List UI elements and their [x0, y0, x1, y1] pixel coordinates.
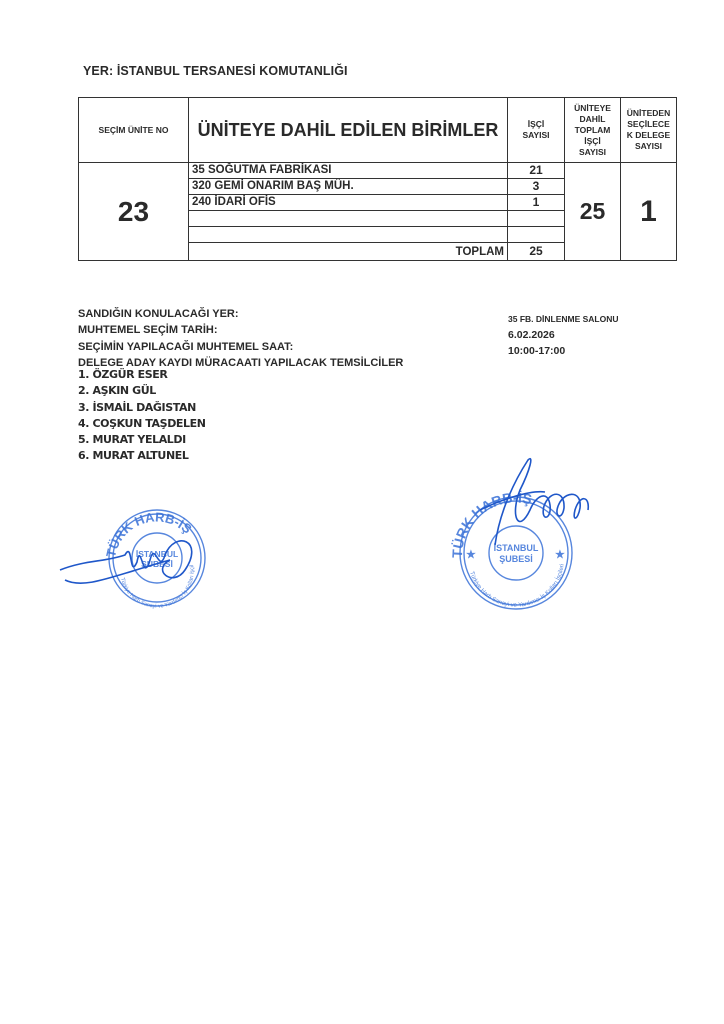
representative-item: 6. MURAT ALTUNEL: [78, 448, 206, 464]
unit-name: 35 SOĞUTMA FABRİKASI: [189, 163, 508, 179]
unit-count: 3: [508, 179, 565, 195]
representative-item: 1. ÖZGÜR ESER: [78, 367, 206, 383]
stamp-center-line2: ŞUBESİ: [499, 554, 533, 564]
header-delegates: ÜNİTEDEN SEÇİLECE K DELEGE SAYISI: [621, 98, 677, 163]
unit-count: 1: [508, 195, 565, 211]
union-stamp-right: TÜRK HARB-İŞ İSTANBUL ŞUBESİ ★ ★ Türkiye…: [440, 450, 600, 610]
ballot-place-label: SANDIĞIN KONULACAĞI YER:: [78, 306, 403, 322]
unit-name: [189, 211, 508, 227]
unit-count: [508, 211, 565, 227]
delegate-count: 1: [621, 163, 677, 261]
union-stamp-left: TÜRK HARB-İŞ İSTANBUL ŞUBESİ Türkiye Har…: [55, 500, 215, 610]
election-time-label: SEÇİMİN YAPILACAĞI MUHTEMEL SAAT:: [78, 339, 403, 355]
header-total-workers: ÜNİTEYE DAHİL TOPLAM İŞÇİ SAYISI: [565, 98, 621, 163]
representative-item: 3. İSMAİL DAĞISTAN: [78, 400, 206, 416]
representative-item: 4. COŞKUN TAŞDELEN: [78, 416, 206, 432]
stamp-center-line1: İSTANBUL: [494, 543, 539, 553]
table-row: 23 35 SOĞUTMA FABRİKASI 21 25 1: [79, 163, 677, 179]
representative-item: 5. MURAT YELALDI: [78, 432, 206, 448]
unit-name: 320 GEMİ ONARIM BAŞ MÜH.: [189, 179, 508, 195]
total-label: TOPLAM: [189, 243, 508, 261]
representative-item: 2. AŞKIN GÜL: [78, 383, 206, 399]
election-time: 10:00-17:00: [508, 343, 619, 359]
election-unit-table: SEÇİM ÜNİTE NO ÜNİTEYE DAHİL EDİLEN BİRİ…: [78, 97, 677, 261]
table-header-row: SEÇİM ÜNİTE NO ÜNİTEYE DAHİL EDİLEN BİRİ…: [79, 98, 677, 163]
header-unit-no: SEÇİM ÜNİTE NO: [79, 98, 189, 163]
total-workers: 25: [565, 163, 621, 261]
header-worker-count: İŞÇİ SAYISI: [508, 98, 565, 163]
election-date-label: MUHTEMEL SEÇİM TARİH:: [78, 322, 403, 338]
header-units: ÜNİTEYE DAHİL EDİLEN BİRİMLER: [189, 98, 508, 163]
election-date: 6.02.2026: [508, 327, 619, 343]
unit-count: 21: [508, 163, 565, 179]
star-icon: ★: [466, 549, 476, 561]
election-info-labels: SANDIĞIN KONULACAĞI YER: MUHTEMEL SEÇİM …: [78, 306, 403, 371]
unit-name: [189, 227, 508, 243]
total-count: 25: [508, 243, 565, 261]
election-info-values: 35 FB. DİNLENME SALONU 6.02.2026 10:00-1…: [508, 311, 619, 359]
unit-count: [508, 227, 565, 243]
unit-number: 23: [79, 163, 189, 261]
ballot-place: 35 FB. DİNLENME SALONU: [508, 311, 619, 327]
unit-name: 240 İDARİ OFİS: [189, 195, 508, 211]
representatives-list: 1. ÖZGÜR ESER 2. AŞKIN GÜL 3. İSMAİL DAĞ…: [78, 367, 206, 465]
star-icon: ★: [555, 549, 565, 561]
location-title: YER: İSTANBUL TERSANESİ KOMUTANLIĞI: [83, 64, 348, 78]
